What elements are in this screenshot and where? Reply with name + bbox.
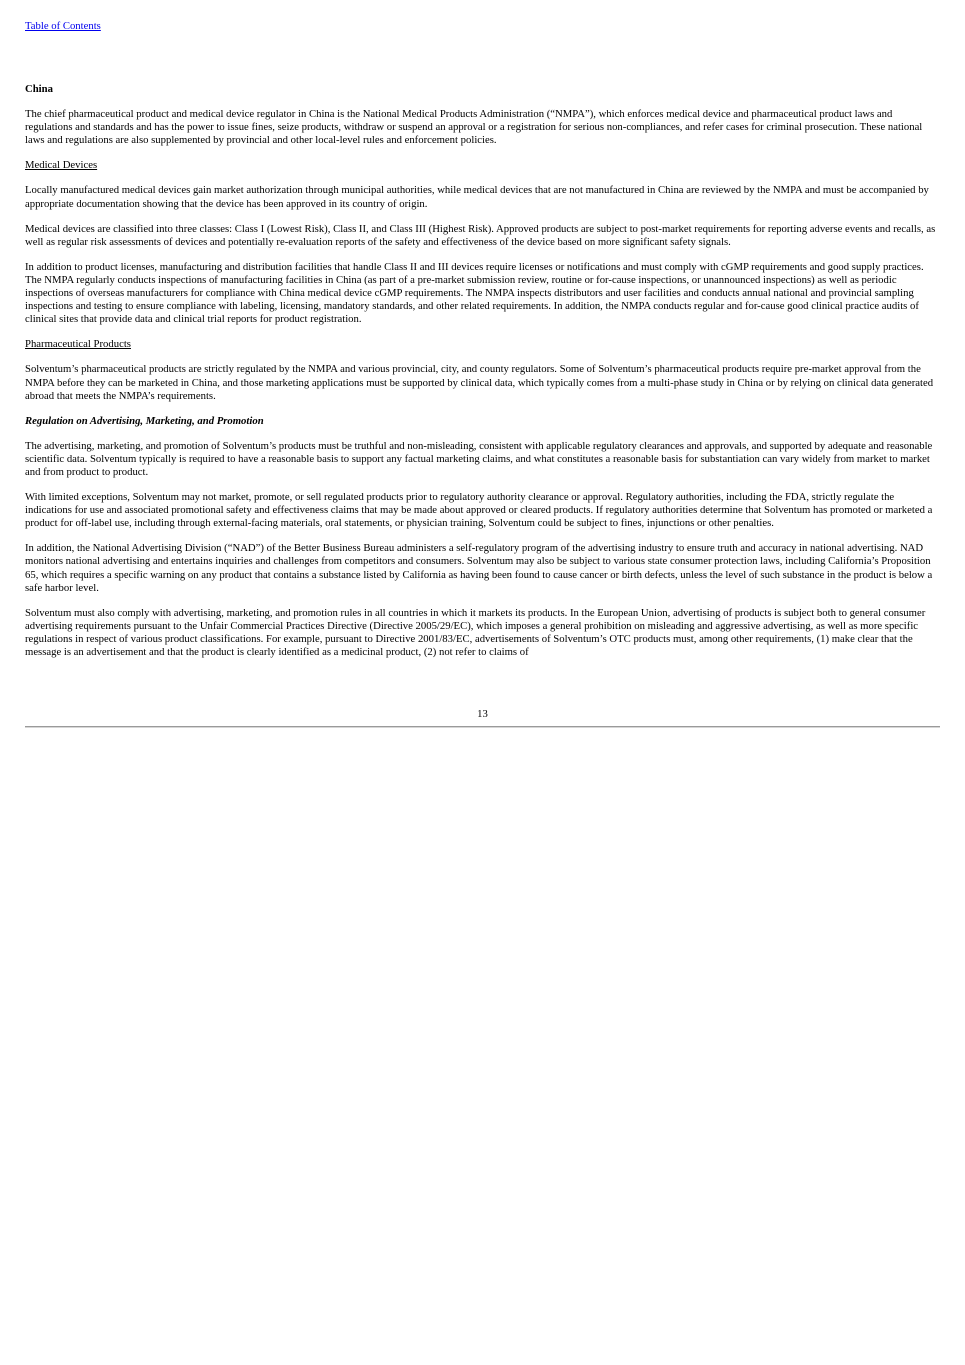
section-heading-advertising: Regulation on Advertising, Marketing, an… [25,415,940,428]
paragraph-medical-devices-3: In addition to product licenses, manufac… [25,261,940,326]
paragraph-advertising-2: With limited exceptions, Solventum may n… [25,491,940,530]
page-number: 13 [25,708,940,721]
paragraph-advertising-1: The advertising, marketing, and promotio… [25,440,940,479]
paragraph-advertising-3: In addition, the National Advertising Di… [25,542,940,594]
document-body: China The chief pharmaceutical product a… [25,83,940,671]
page-divider [25,726,940,728]
paragraph-pharmaceutical-products-1: Solventum’s pharmaceutical products are … [25,363,940,402]
subsection-heading-pharmaceutical-products: Pharmaceutical Products [25,338,940,351]
section-heading-china: China [25,83,940,96]
table-of-contents-link[interactable]: Table of Contents [25,20,101,33]
paragraph-medical-devices-1: Locally manufactured medical devices gai… [25,184,940,210]
paragraph-advertising-4: Solventum must also comply with advertis… [25,607,940,659]
paragraph-medical-devices-2: Medical devices are classified into thre… [25,223,940,249]
paragraph-china-intro: The chief pharmaceutical product and med… [25,108,940,147]
subsection-heading-medical-devices: Medical Devices [25,159,940,172]
